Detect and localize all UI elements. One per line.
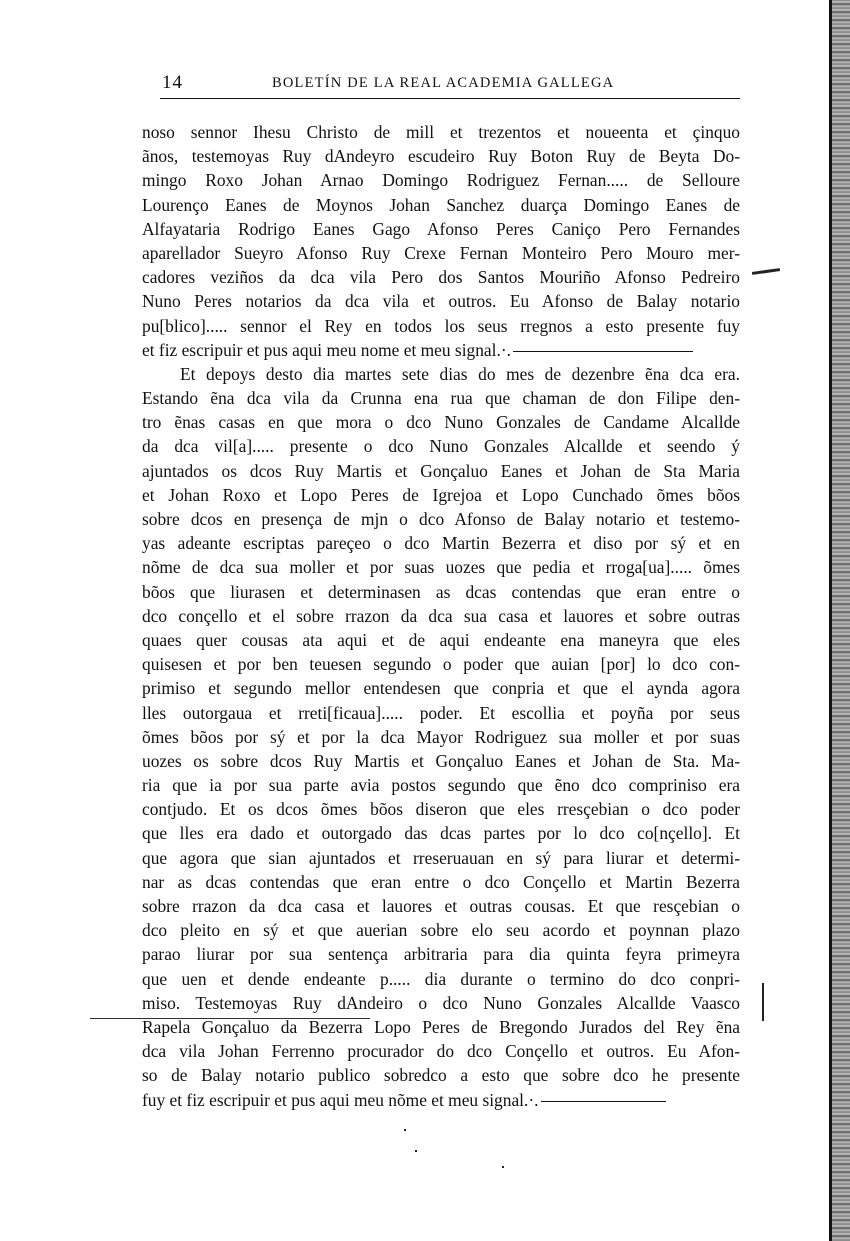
text-line: dca vila Johan Ferrenno procurador do dc… (142, 1039, 740, 1063)
text-line: quisesen et por ben teuesen segundo o po… (142, 652, 740, 676)
text-line: yas adeante escriptas pareçeo o dco Mart… (142, 531, 740, 555)
closing-rule (513, 351, 693, 352)
text-line: Lourenço Eanes de Moynos Johan Sanchez d… (142, 193, 740, 217)
text-line: noso sennor Ihesu Christo de mill et tre… (142, 120, 740, 144)
text-line: sobre dcos en presença de mjn o dco Afon… (142, 507, 740, 531)
text-line: nar as dcas contendas que eran entre o d… (142, 870, 740, 894)
text-line: miso. Testemoyas Ruy dAndeiro o dco Nuno… (142, 991, 740, 1015)
text-line: nõme de dca sua moller et por suas uozes… (142, 555, 740, 579)
text-line-final: et fiz escripuir et pus aqui meu nome et… (142, 338, 740, 362)
text-line: mingo Roxo Johan Arnao Domingo Rodriguez… (142, 168, 740, 192)
text-line: da dca vil[a]..... presente o dco Nuno G… (142, 434, 740, 458)
document-page: 14 BOLETÍN DE LA REAL ACADEMIA GALLEGA n… (0, 0, 850, 1241)
text-line: que agora que sian ajuntados et rreserua… (142, 846, 740, 870)
text-line: dco conçello et el sobre rrazon da dca s… (142, 604, 740, 628)
text-line: sobre rrazon da dca casa et lauores et o… (142, 894, 740, 918)
paragraph-start: Et depoys desto dia martes sete dias do … (142, 362, 740, 386)
line-text: fuy et fiz escripuir et pus aqui meu nõm… (142, 1090, 539, 1110)
text-line: que uen et dende endeante p..... dia dur… (142, 967, 740, 991)
line-text: et fiz escripuir et pus aqui meu nome et… (142, 340, 511, 360)
scan-speck (404, 1129, 406, 1131)
running-title: BOLETÍN DE LA REAL ACADEMIA GALLEGA (272, 75, 614, 92)
text-line: Nuno Peres notarios da dca vila et outro… (142, 289, 740, 313)
text-line-final: fuy et fiz escripuir et pus aqui meu nõm… (142, 1088, 740, 1112)
text-line: pu[blico]..... sennor el Rey en todos lo… (142, 314, 740, 338)
scanned-page-edge (829, 0, 850, 1241)
text-line: õmes bõos por sý et por la dca Mayor Rod… (142, 725, 740, 749)
text-line: bõos que liurasen et determinasen as dca… (142, 580, 740, 604)
page-number: 14 (162, 72, 183, 94)
closing-rule (541, 1101, 666, 1102)
text-line: cadores veziños da dca vila Pero dos San… (142, 265, 740, 289)
text-line: so de Balay notario publico sobredco a e… (142, 1063, 740, 1087)
margin-bracket-mark (762, 983, 764, 1021)
text-line: aparellador Sueyro Afonso Ruy Crexe Fern… (142, 241, 740, 265)
text-line: Estando ẽna dca vila da Crunna ena rua q… (142, 386, 740, 410)
header-rule (160, 98, 740, 99)
text-line: tro ẽnas casas en que mora o dco Nuno Go… (142, 410, 740, 434)
text-line: primiso et segundo mellor entendesen que… (142, 676, 740, 700)
text-line: Alfayataria Rodrigo Eanes Gago Afonso Pe… (142, 217, 740, 241)
text-line: lles outorgaua et rreti[ficaua]..... pod… (142, 701, 740, 725)
text-line: quaes quer cousas ata aqui et de aqui en… (142, 628, 740, 652)
handwritten-underline (90, 1018, 370, 1019)
text-line: uozes os sobre dcos Ruy Martis et Gonçal… (142, 749, 740, 773)
text-line: parao liurar por sua sentença arbitraria… (142, 942, 740, 966)
text-line: et Johan Roxo et Lopo Peres de Igrejoa e… (142, 483, 740, 507)
scan-speck (415, 1150, 417, 1152)
text-line: contjudo. Et os dcos õmes bõos diseron q… (142, 797, 740, 821)
margin-pen-mark (752, 268, 780, 275)
scan-speck (502, 1166, 504, 1168)
page-header: 14 BOLETÍN DE LA REAL ACADEMIA GALLEGA (160, 72, 740, 98)
text-line: ria que ia por sua parte avia postos seg… (142, 773, 740, 797)
text-line: ajuntados os dcos Ruy Martis et Gonçaluo… (142, 459, 740, 483)
text-line: que lles era dado et outorgado das dcas … (142, 821, 740, 845)
text-line: ãnos, testemoyas Ruy dAndeyro escudeiro … (142, 144, 740, 168)
text-line: dco pleito en sý et que auerian sobre el… (142, 918, 740, 942)
body-text: noso sennor Ihesu Christo de mill et tre… (142, 120, 740, 1112)
